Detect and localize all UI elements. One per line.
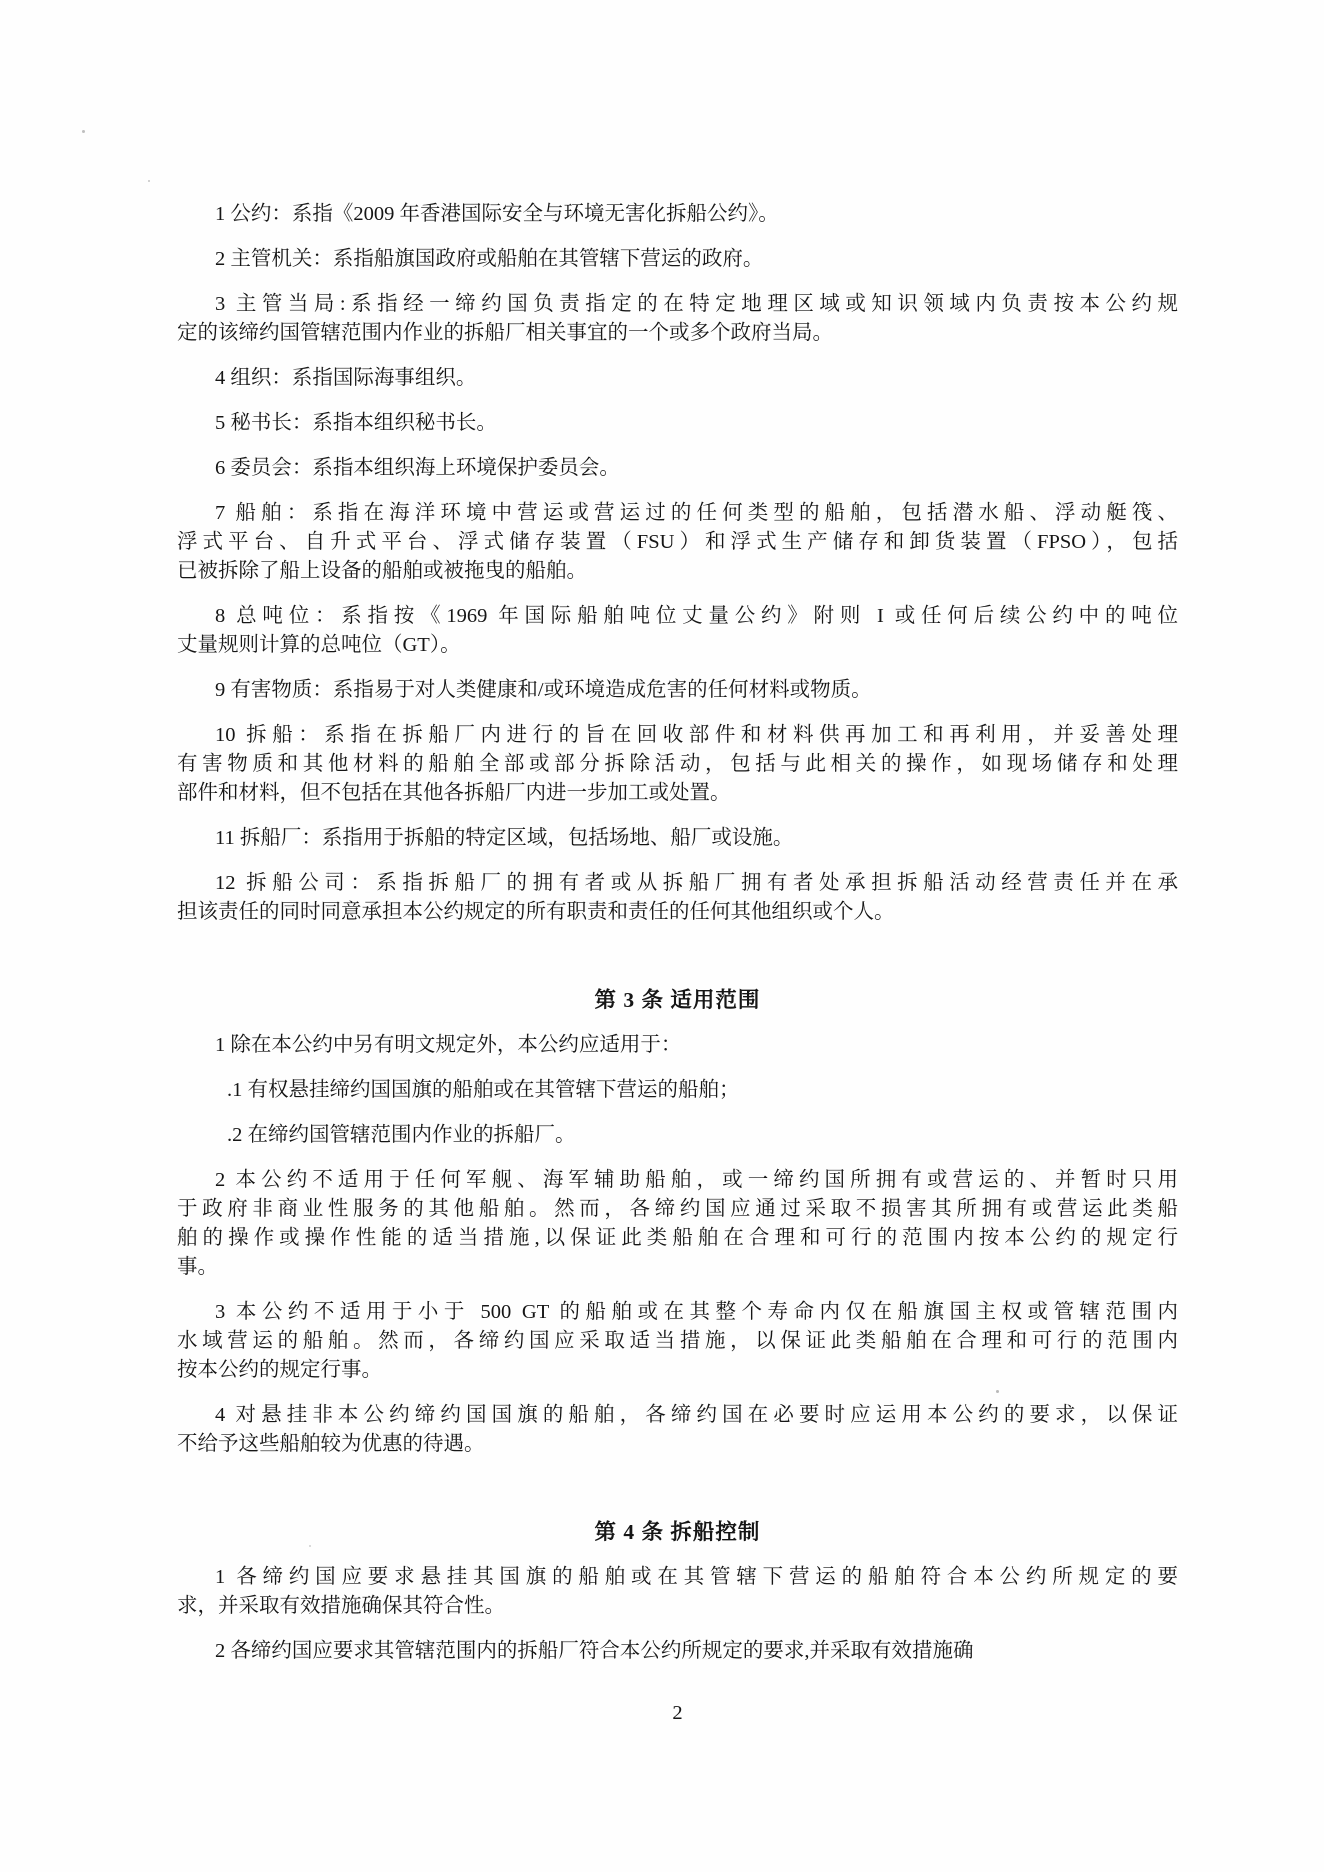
paragraph: 4 对悬挂非本公约缔约国国旗的船舶，各缔约国在必要时应运用本公约的要求，以保证不…: [177, 1401, 1178, 1459]
sub-item: .2 在缔约国管辖范围内作业的拆船厂。: [177, 1121, 1178, 1150]
document-page: 1 公约：系指《2009 年香港国际安全与环境无害化拆船公约》。2 主管机关：系…: [0, 0, 1324, 1872]
article-heading: 第 4 条 拆船控制: [177, 1518, 1178, 1547]
text-line: 2 本公约不适用于任何军舰、海军辅助船舶，或一缔约国所拥有或营运的、并暂时只用: [177, 1166, 1178, 1195]
paragraph: 10 拆船：系指在拆船厂内进行的旨在回收部件和材料供再加工和再利用，并妥善处理有…: [177, 721, 1178, 808]
paragraph: 2 各缔约国应要求其管辖范围内的拆船厂符合本公约所规定的要求,并采取有效措施确: [177, 1637, 1178, 1666]
paragraph: 6 委员会：系指本组织海上环境保护委员会。: [177, 454, 1178, 483]
text-line: 定的该缔约国管辖范围内作业的拆船厂相关事宜的一个或多个政府当局。: [177, 319, 1178, 348]
paragraph: 2 主管机关：系指船旗国政府或船舶在其管辖下营运的政府。: [177, 245, 1178, 274]
text-line: 10 拆船：系指在拆船厂内进行的旨在回收部件和材料供再加工和再利用，并妥善处理: [177, 721, 1178, 750]
scan-speck: [148, 180, 150, 182]
document-content: 1 公约：系指《2009 年香港国际安全与环境无害化拆船公约》。2 主管机关：系…: [177, 200, 1178, 1728]
page-number: 2: [177, 1699, 1178, 1728]
text-line: 2 各缔约国应要求其管辖范围内的拆船厂符合本公约所规定的要求,并采取有效措施确: [177, 1637, 1178, 1666]
paragraph: 4 组织：系指国际海事组织。: [177, 364, 1178, 393]
paragraph: 8 总吨位：系指按《1969 年国际船舶吨位丈量公约》附则 I 或任何后续公约中…: [177, 602, 1178, 660]
text-line: 于政府非商业性服务的其他船舶。然而，各缔约国应通过采取不损害其所拥有或营运此类船: [177, 1195, 1178, 1224]
paragraph: 11 拆船厂：系指用于拆船的特定区域，包括场地、船厂或设施。: [177, 824, 1178, 853]
text-line: 有害物质和其他材料的船舶全部或部分拆除活动，包括与此相关的操作，如现场储存和处理: [177, 750, 1178, 779]
text-line: 担该责任的同时同意承担本公约规定的所有职责和责任的任何其他组织或个人。: [177, 898, 1178, 927]
text-line: .2 在缔约国管辖范围内作业的拆船厂。: [177, 1121, 1178, 1150]
paragraph: 9 有害物质：系指易于对人类健康和/或环境造成危害的任何材料或物质。: [177, 676, 1178, 705]
paragraph: 5 秘书长：系指本组织秘书长。: [177, 409, 1178, 438]
scan-speck: [82, 130, 85, 133]
article-heading: 第 3 条 适用范围: [177, 986, 1178, 1015]
text-line: 不给予这些船舶较为优惠的待遇。: [177, 1430, 1178, 1459]
text-line: 3 本公约不适用于小于 500 GT 的船舶或在其整个寿命内仅在船旗国主权或管辖…: [177, 1298, 1178, 1327]
text-line: 9 有害物质：系指易于对人类健康和/或环境造成危害的任何材料或物质。: [177, 676, 1178, 705]
text-line: 5 秘书长：系指本组织秘书长。: [177, 409, 1178, 438]
text-line: 事。: [177, 1253, 1178, 1282]
text-line: 4 组织：系指国际海事组织。: [177, 364, 1178, 393]
text-line: 2 主管机关：系指船旗国政府或船舶在其管辖下营运的政府。: [177, 245, 1178, 274]
paragraph: 7 船舶：系指在海洋环境中营运或营运过的任何类型的船舶，包括潜水船、浮动艇筏、浮…: [177, 499, 1178, 586]
paragraph: 1 公约：系指《2009 年香港国际安全与环境无害化拆船公约》。: [177, 200, 1178, 229]
text-line: 1 公约：系指《2009 年香港国际安全与环境无害化拆船公约》。: [177, 200, 1178, 229]
paragraph: 12 拆船公司：系指拆船厂的拥有者或从拆船厂拥有者处承担拆船活动经营责任并在承担…: [177, 869, 1178, 927]
text-line: 舶的操作或操作性能的适当措施,以保证此类船舶在合理和可行的范围内按本公约的规定行: [177, 1224, 1178, 1253]
text-line: 4 对悬挂非本公约缔约国国旗的船舶，各缔约国在必要时应运用本公约的要求，以保证: [177, 1401, 1178, 1430]
text-line: 1 各缔约国应要求悬挂其国旗的船舶或在其管辖下营运的船舶符合本公约所规定的要: [177, 1563, 1178, 1592]
text-line: 已被拆除了船上设备的船舶或被拖曳的船舶。: [177, 557, 1178, 586]
text-line: 11 拆船厂：系指用于拆船的特定区域，包括场地、船厂或设施。: [177, 824, 1178, 853]
paragraph: 1 除在本公约中另有明文规定外，本公约应适用于：: [177, 1031, 1178, 1060]
text-line: 6 委员会：系指本组织海上环境保护委员会。: [177, 454, 1178, 483]
paragraph: 2 本公约不适用于任何军舰、海军辅助船舶，或一缔约国所拥有或营运的、并暂时只用于…: [177, 1166, 1178, 1282]
text-line: 按本公约的规定行事。: [177, 1356, 1178, 1385]
text-line: 1 除在本公约中另有明文规定外，本公约应适用于：: [177, 1031, 1178, 1060]
text-line: 丈量规则计算的总吨位（GT）。: [177, 631, 1178, 660]
text-line: 求，并采取有效措施确保其符合性。: [177, 1592, 1178, 1621]
text-line: 8 总吨位：系指按《1969 年国际船舶吨位丈量公约》附则 I 或任何后续公约中…: [177, 602, 1178, 631]
paragraph: 3 本公约不适用于小于 500 GT 的船舶或在其整个寿命内仅在船旗国主权或管辖…: [177, 1298, 1178, 1385]
text-line: .1 有权悬挂缔约国国旗的船舶或在其管辖下营运的船舶；: [177, 1076, 1178, 1105]
text-line: 7 船舶：系指在海洋环境中营运或营运过的任何类型的船舶，包括潜水船、浮动艇筏、: [177, 499, 1178, 528]
text-line: 部件和材料，但不包括在其他各拆船厂内进一步加工或处置。: [177, 779, 1178, 808]
text-line: 12 拆船公司：系指拆船厂的拥有者或从拆船厂拥有者处承担拆船活动经营责任并在承: [177, 869, 1178, 898]
text-line: 3 主管当局:系指经一缔约国负责指定的在特定地理区域或知识领域内负责按本公约规: [177, 290, 1178, 319]
paragraph: 1 各缔约国应要求悬挂其国旗的船舶或在其管辖下营运的船舶符合本公约所规定的要求，…: [177, 1563, 1178, 1621]
document-blocks: 1 公约：系指《2009 年香港国际安全与环境无害化拆船公约》。2 主管机关：系…: [177, 200, 1178, 1666]
text-line: 浮式平台、自升式平台、浮式储存装置（FSU）和浮式生产储存和卸货装置（FPSO）…: [177, 528, 1178, 557]
text-line: 水域营运的船舶。然而，各缔约国应采取适当措施，以保证此类船舶在合理和可行的范围内: [177, 1327, 1178, 1356]
sub-item: .1 有权悬挂缔约国国旗的船舶或在其管辖下营运的船舶；: [177, 1076, 1178, 1105]
paragraph: 3 主管当局:系指经一缔约国负责指定的在特定地理区域或知识领域内负责按本公约规定…: [177, 290, 1178, 348]
